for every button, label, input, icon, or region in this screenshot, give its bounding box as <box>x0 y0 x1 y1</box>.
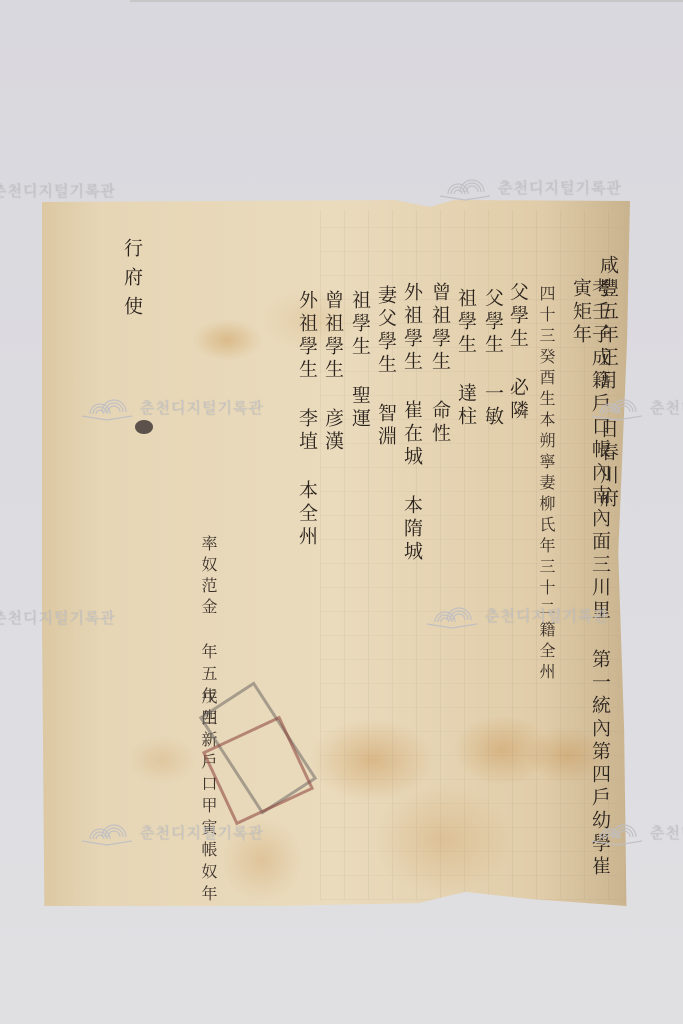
archive-book-logo-icon <box>590 392 644 422</box>
watermark: 춘천디지털기록관 <box>438 172 622 202</box>
watermark: 춘천디지털기록관 <box>0 607 116 628</box>
frame-top-edge <box>130 0 683 2</box>
archive-book-logo-icon <box>590 817 644 847</box>
watermark: 춘천디지털기록관 <box>590 392 683 422</box>
watermark: 춘천디지털기록관 <box>0 180 116 201</box>
column-father: 父學生 必隣 <box>508 282 527 423</box>
column-household: 考壬子成籍戶口帳內南內面三川里 第一統內第四戶幼學崔寅矩年 <box>571 278 609 898</box>
column-maternal-grandfather: 外祖學生 崔在城 本隋城 <box>402 282 421 564</box>
column-wife-maternal-grandfather: 外祖學生 李埴 本全州 <box>297 290 316 549</box>
watermark-label: 춘천디지털기록관 <box>0 607 116 628</box>
watermark-label: 춘천디지털기록관 <box>650 397 683 418</box>
column-servant-extra: 五年四新戶口甲寅帳奴年 <box>200 665 216 907</box>
column-wife-father: 妻父學生 智淵 <box>376 285 395 449</box>
watermark: 춘천디지털기록관 <box>80 817 264 847</box>
column-wife-great-grandfather: 曾祖學生 彦漢 <box>323 290 342 454</box>
watermark: 춘천디지털기록관 <box>590 817 683 847</box>
watermark-label: 춘천디지털기록관 <box>140 822 264 843</box>
archive-book-logo-icon <box>80 392 134 422</box>
archive-book-logo-icon <box>80 817 134 847</box>
archive-book-logo-icon <box>438 172 492 202</box>
watermark-label: 춘천디지털기록관 <box>0 180 116 201</box>
column-great-grandfather: 曾祖學生 命性 <box>430 282 449 446</box>
column-father2: 父學生 一敏 <box>483 288 502 429</box>
column-wife-grandfather: 祖學生 聖運 <box>350 290 369 431</box>
watermark-label: 춘천디지털기록관 <box>140 397 264 418</box>
watermark-label: 춘천디지털기록관 <box>498 177 622 198</box>
ink-seal-mark <box>135 420 153 434</box>
watermark: 춘천디지털기록관 <box>425 600 609 630</box>
watermark: 춘천디지털기록관 <box>80 392 264 422</box>
column-grandfather: 祖學生 達柱 <box>456 288 475 429</box>
archive-book-logo-icon <box>425 600 479 630</box>
column-official-title: 行府使 <box>122 238 141 325</box>
watermark-label: 춘천디지털기록관 <box>650 822 683 843</box>
watermark-label: 춘천디지털기록관 <box>485 605 609 626</box>
